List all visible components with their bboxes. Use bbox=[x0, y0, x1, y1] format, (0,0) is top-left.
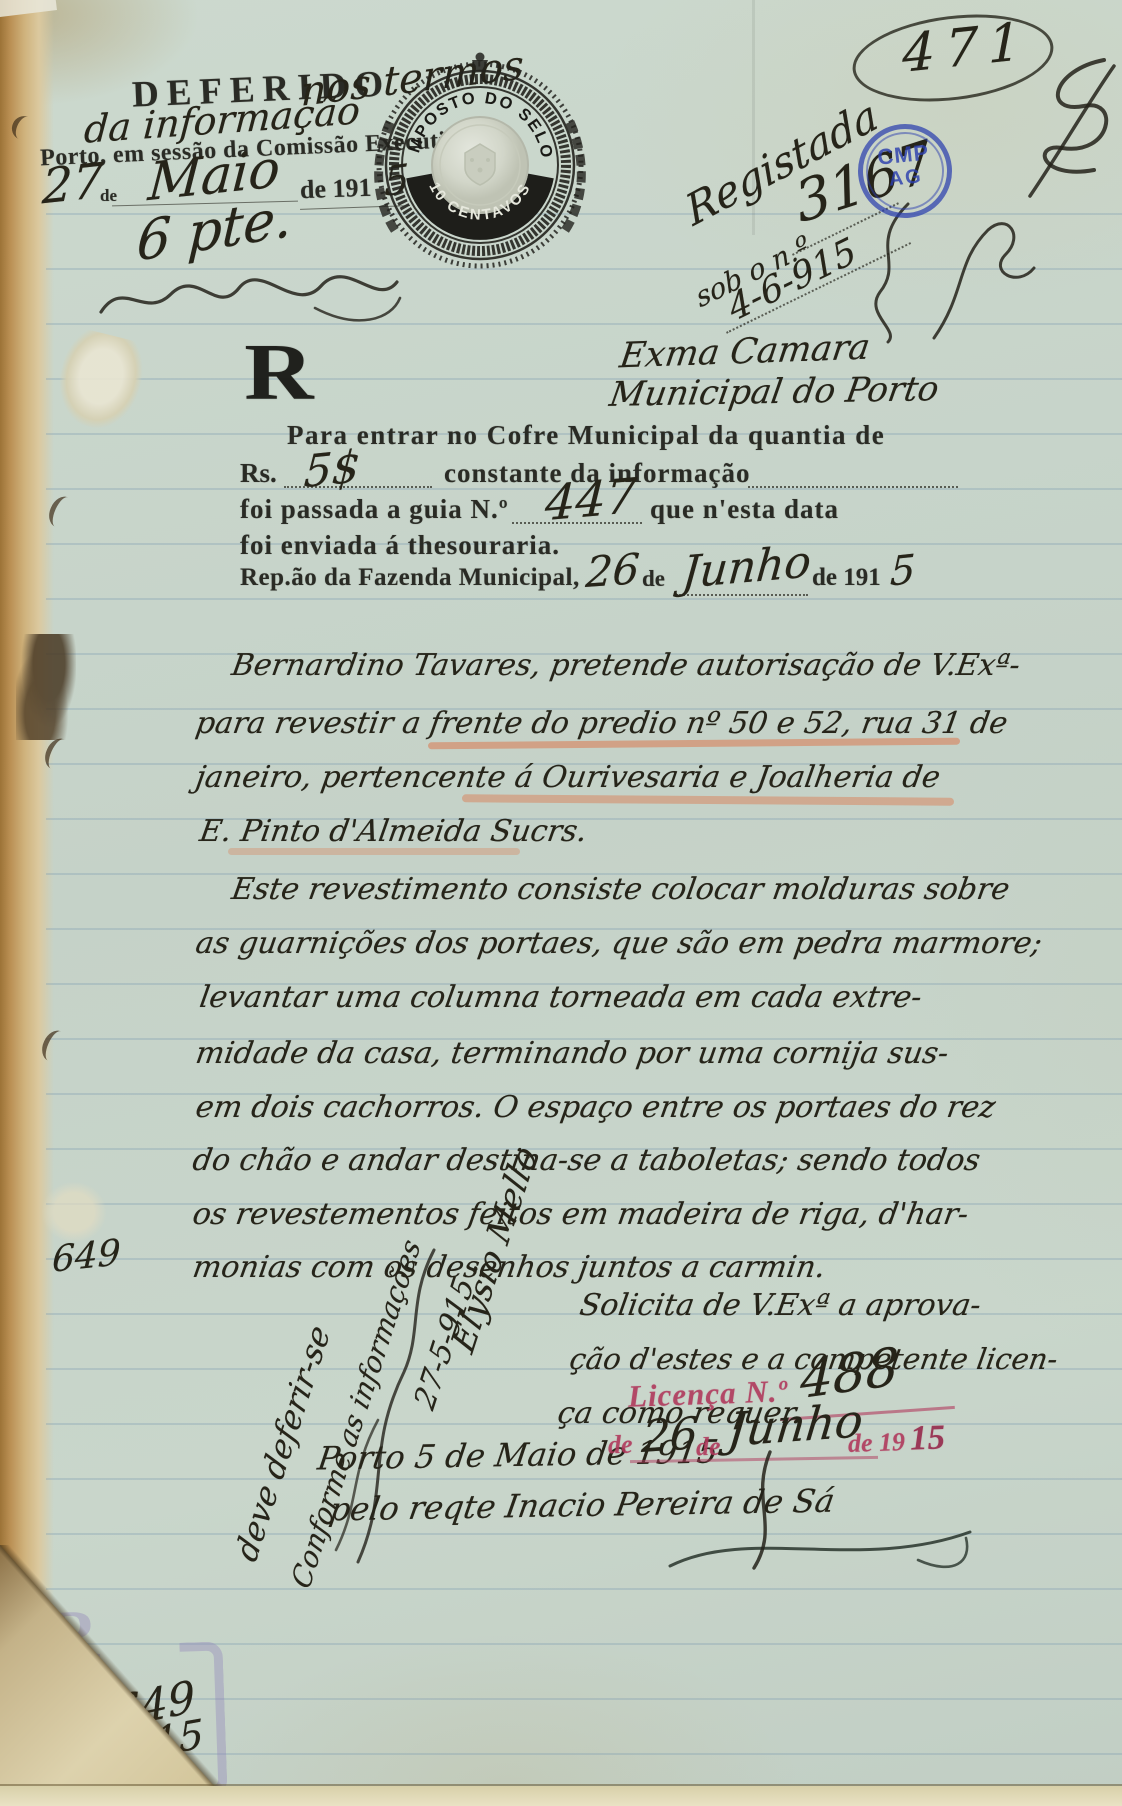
petition-line: levantar uma columna torneada em cada ex… bbox=[197, 980, 924, 1015]
torn-hole bbox=[16, 634, 76, 740]
petition-line: janeiro, pertencente á Ourivesaria e Joa… bbox=[193, 760, 942, 795]
treasury-line4: foi enviada á thesouraria. bbox=[240, 530, 560, 561]
cmp-stamp-text: CMP AG bbox=[860, 139, 948, 194]
hand-year-digit5: 5 bbox=[889, 546, 916, 595]
binding-edge bbox=[0, 0, 54, 1806]
licenca-de1: de bbox=[607, 1430, 633, 1461]
licenca-year-prefix: de 19 bbox=[847, 1427, 905, 1459]
petition-line: do chão e andar destina-se a taboletas; … bbox=[190, 1143, 982, 1178]
petition-line: para revestir a frente do predio nº 50 e… bbox=[193, 706, 1010, 741]
file-number-margin: 649 bbox=[51, 1232, 121, 1281]
treasury-rs-label: Rs. bbox=[240, 458, 277, 489]
signature-squiggle bbox=[838, 196, 1038, 346]
treasury-de-label: de bbox=[642, 566, 665, 592]
treasury-initial-R: R bbox=[244, 328, 313, 419]
hand-guia-number: 447 bbox=[544, 468, 638, 532]
petition-line: Este revestimento consiste colocar moldu… bbox=[229, 872, 1012, 907]
treasury-line3b: que n'esta data bbox=[650, 494, 839, 525]
deferido-de-label: de bbox=[100, 186, 117, 206]
rubric-flourish bbox=[1012, 48, 1122, 208]
torn-patch bbox=[50, 326, 150, 437]
licenca-day: 26 bbox=[640, 1408, 699, 1463]
hand-day-27: 27 bbox=[41, 153, 104, 216]
hand-month-junho: Junho bbox=[680, 536, 813, 599]
treasury-line1: Para entrar no Cofre Municipal da quanti… bbox=[287, 420, 885, 451]
junho-descender bbox=[736, 1448, 796, 1573]
signature-flourish bbox=[660, 1520, 980, 1580]
treasury-line5: Rep.ão da Fazenda Municipal, bbox=[240, 564, 580, 592]
petition-line: as guarnições dos portaes, que são em pe… bbox=[193, 926, 1044, 961]
licenca-year-suffix: 15 bbox=[909, 1417, 945, 1458]
torn-patch bbox=[42, 1182, 106, 1242]
address-line1: Exma Camara bbox=[617, 328, 872, 377]
petition-line: Bernardino Tavares, pretende autorisação… bbox=[229, 648, 1022, 683]
petition-line: os revestementos feitos em madeira de ri… bbox=[190, 1197, 971, 1232]
hand-amount: 5$ bbox=[302, 441, 361, 499]
document-page: DEFERIDO nos termos da informação Porto,… bbox=[0, 0, 1122, 1806]
solicitation-line: Solicita de V.Exª a aprova- bbox=[577, 1288, 983, 1323]
address-line2: Municipal do Porto bbox=[607, 369, 942, 415]
petition-line: midade da casa, terminando por uma corni… bbox=[193, 1036, 951, 1071]
bottom-page-edge bbox=[0, 1784, 1122, 1806]
petition-line: E. Pinto d'Almeida Sucrs. bbox=[197, 814, 589, 849]
dotted-rule bbox=[676, 592, 808, 596]
deferido-year-prefix: de 191 bbox=[299, 173, 372, 205]
treasury-year-prefix: de 191 bbox=[812, 564, 881, 592]
petition-line: em dois cachorros. O espaço entre os por… bbox=[193, 1090, 998, 1125]
crayon-underline bbox=[462, 794, 954, 805]
crayon-underline bbox=[228, 848, 520, 855]
tax-seal: IMPOSTO DO SELO 10 CENTAVOS bbox=[372, 50, 588, 278]
hand-day-26: 26 bbox=[584, 544, 641, 597]
dotted-rule bbox=[748, 484, 958, 488]
treasury-line3a: foi passada a guia N.º bbox=[240, 494, 509, 525]
